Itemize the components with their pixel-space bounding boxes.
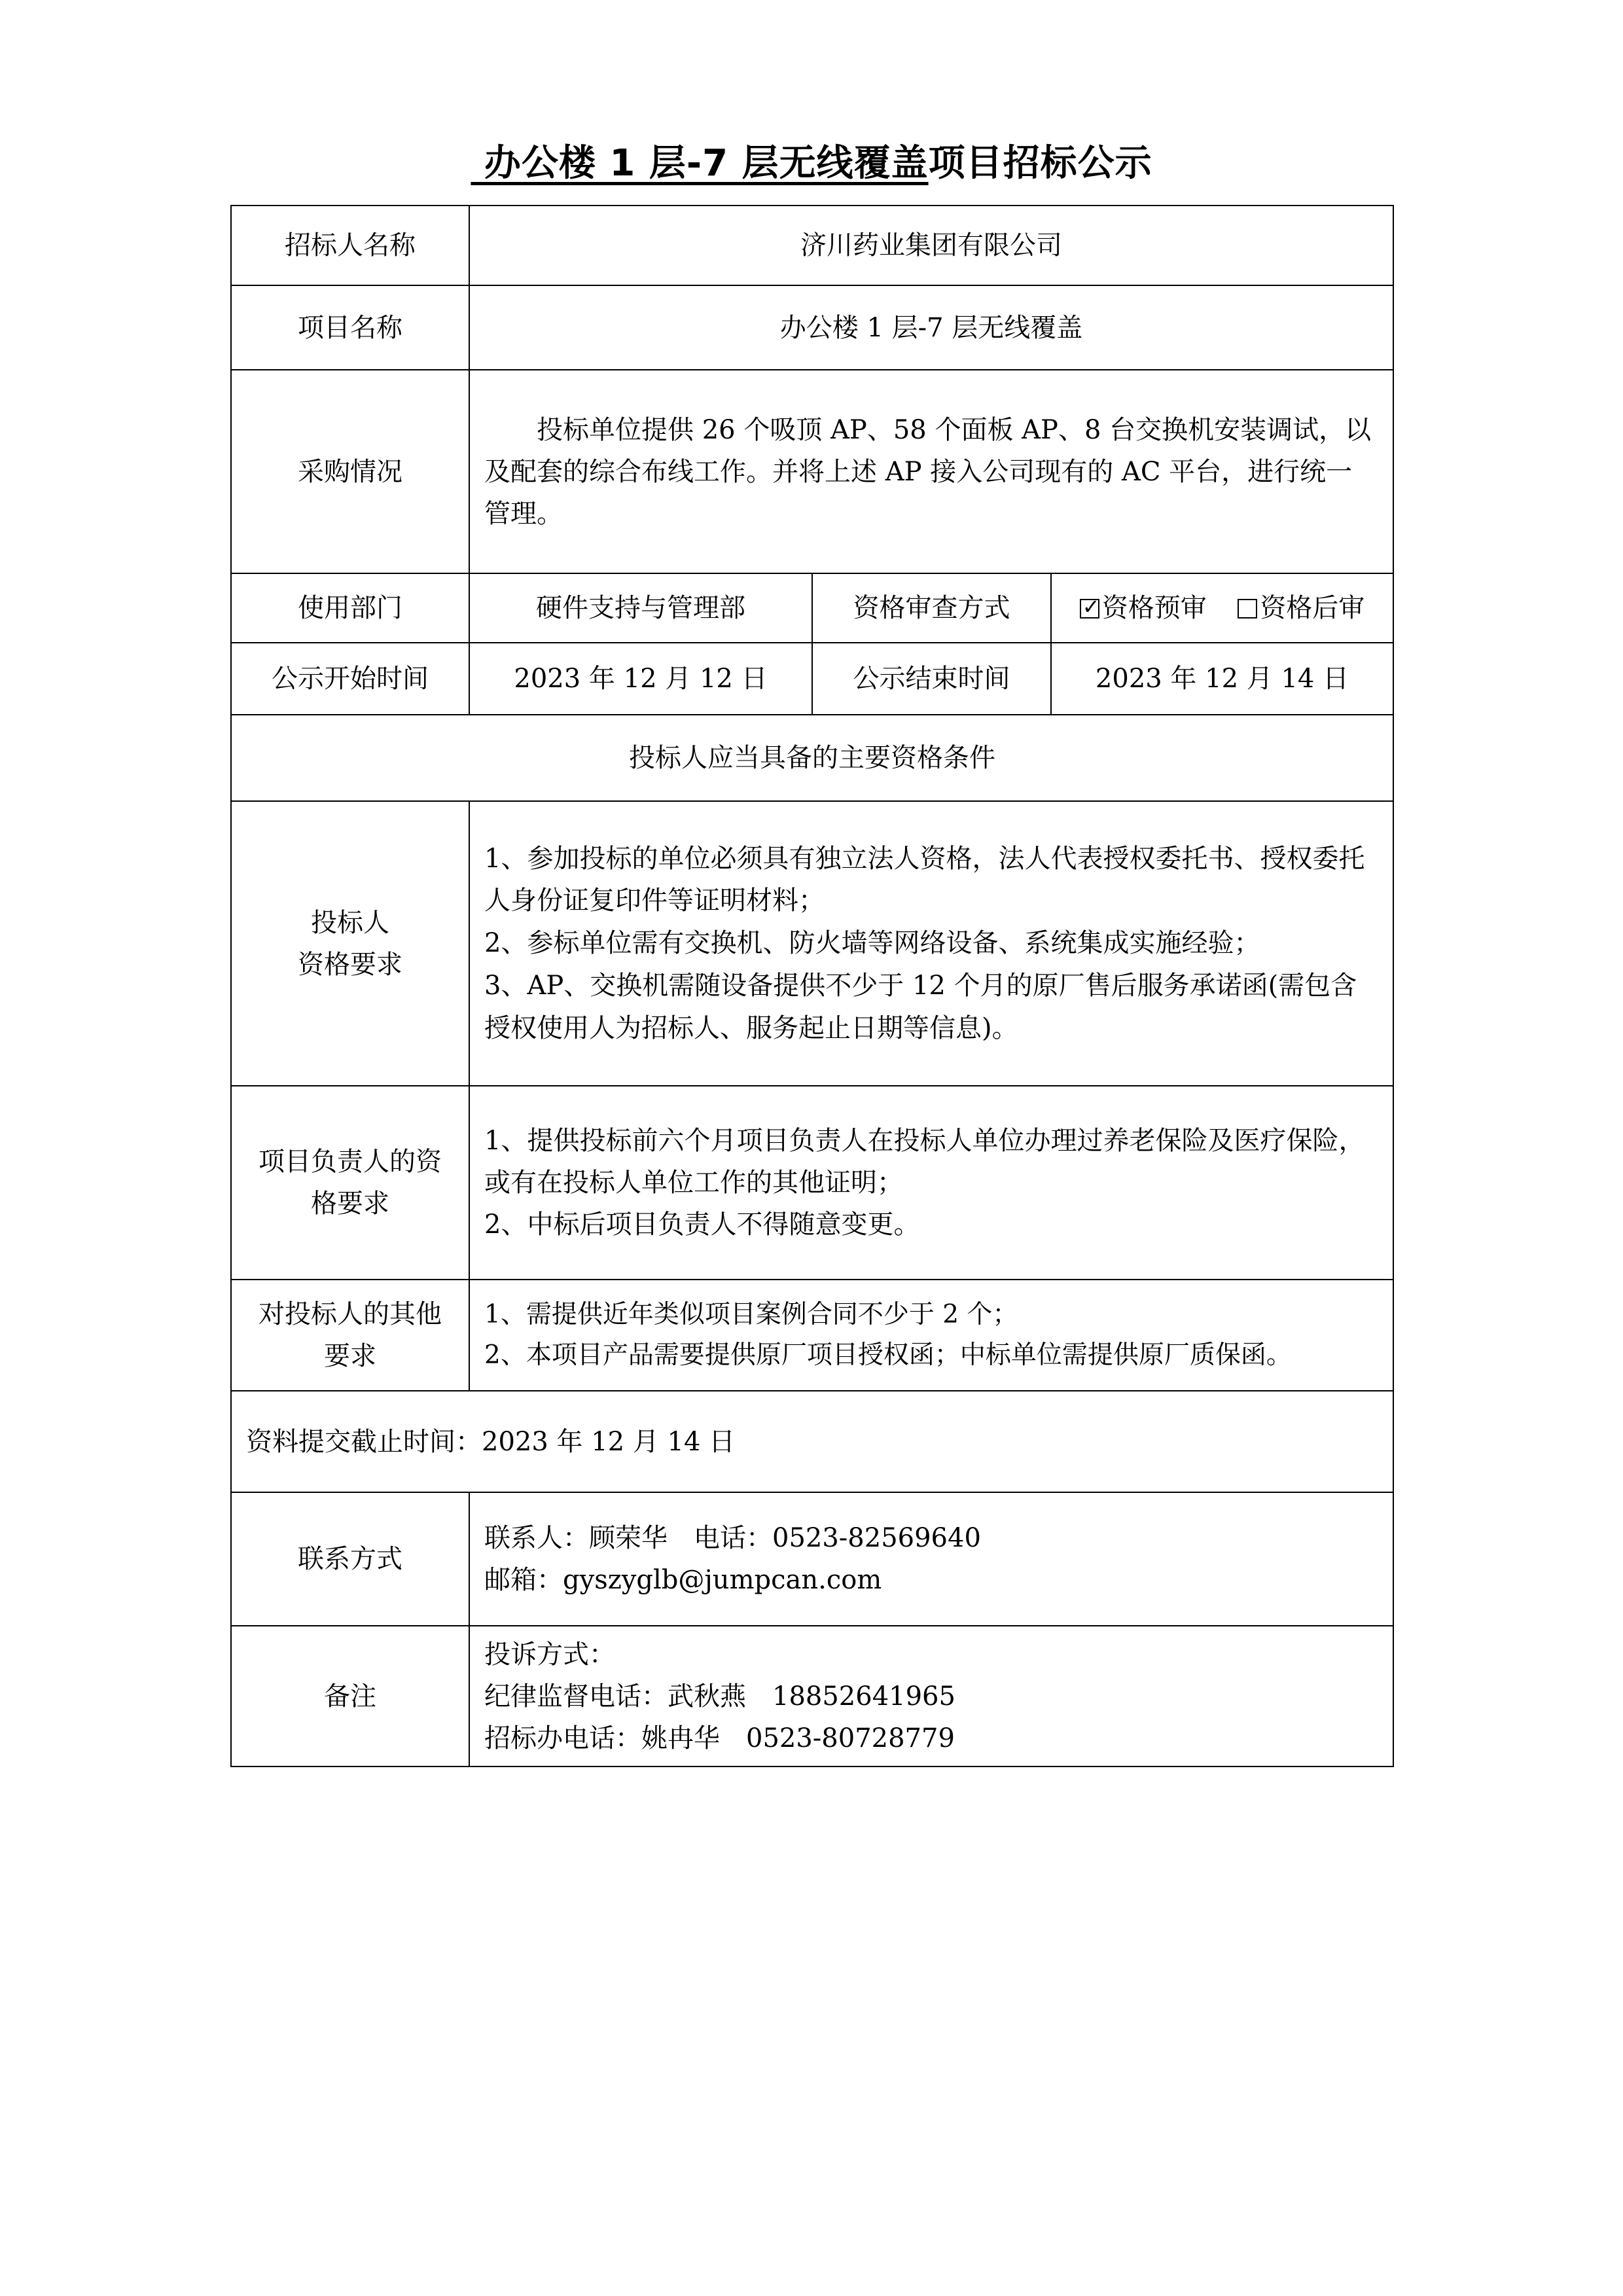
row-dates: 公示开始时间 2023 年 12 月 12 日 公示结束时间 2023 年 12… [231,643,1393,715]
department-value: 硬件支持与管理部 [469,573,812,643]
list-item: 1、参加投标的单位必须具有独立法人资格，法人代表授权委托书、授权委托人身份证复印… [484,838,1378,923]
row-pm-qualification: 项目负责人的资格要求 1、提供投标前六个月项目负责人在投标人单位办理过养老保险及… [231,1086,1393,1280]
bidder-qualification-list: 1、参加投标的单位必须具有独立法人资格，法人代表授权委托书、授权委托人身份证复印… [469,801,1393,1086]
tenderer-name-value: 济川药业集团有限公司 [469,206,1393,285]
other-requirements-label: 对投标人的其他要求 [231,1280,469,1391]
title-rest: 项目招标公示 [929,142,1152,185]
title-underlined-part: 办公楼 1 层-7 层无线覆盖 [471,142,928,185]
postqualification-label: 资格后审 [1260,593,1364,623]
row-deadline: 资料提交截止时间：2023 年 12 月 14 日 [231,1391,1393,1492]
other-requirements-list: 1、需提供近年类似项目案例合同不少于 2 个； 2、本项目产品需要提供原厂项目授… [469,1280,1393,1391]
list-item: 2、参标单位需有交换机、防火墙等网络设备、系统集成实施经验； [484,922,1378,965]
review-method-options: 资格预审 资格后审 [1051,573,1393,643]
pm-qualification-label: 项目负责人的资格要求 [231,1086,469,1280]
contact-person: 联系人：顾荣华 [484,1523,668,1553]
submission-deadline: 资料提交截止时间：2023 年 12 月 14 日 [231,1391,1393,1492]
row-procurement: 采购情况 投标单位提供 26 个吸顶 AP、58 个面板 AP、8 台交换机安装… [231,370,1393,573]
postqualification-checkbox[interactable] [1238,599,1257,619]
remarks-info: 投诉方式： 纪律监督电话：武秋燕 18852641965 招标办电话：姚冉华 0… [469,1626,1393,1767]
contact-phone: 电话：0523-82569640 [694,1523,981,1553]
procurement-label: 采购情况 [231,370,469,573]
complaint-heading: 投诉方式： [484,1634,1378,1676]
tender-notice-table: 招标人名称 济川药业集团有限公司 项目名称 办公楼 1 层-7 层无线覆盖 采购… [230,205,1394,1767]
list-item: 2、中标后项目负责人不得随意变更。 [484,1204,1378,1246]
project-name-label: 项目名称 [231,285,469,370]
row-remarks: 备注 投诉方式： 纪律监督电话：武秋燕 18852641965 招标办电话：姚冉… [231,1626,1393,1767]
list-item: 2、本项目产品需要提供原厂项目授权函；中标单位需提供原厂质保函。 [484,1335,1378,1376]
row-other-requirements: 对投标人的其他要求 1、需提供近年类似项目案例合同不少于 2 个； 2、本项目产… [231,1280,1393,1391]
row-section-header: 投标人应当具备的主要资格条件 [231,715,1393,801]
discipline-phone: 纪律监督电话：武秋燕 18852641965 [484,1676,1378,1717]
end-date-label: 公示结束时间 [812,643,1051,715]
row-project-name: 项目名称 办公楼 1 层-7 层无线覆盖 [231,285,1393,370]
pm-qualification-list: 1、提供投标前六个月项目负责人在投标人单位办理过养老保险及医疗保险，或有在投标人… [469,1086,1393,1280]
row-department: 使用部门 硬件支持与管理部 资格审查方式 资格预审 资格后审 [231,573,1393,643]
start-date-label: 公示开始时间 [231,643,469,715]
procurement-value: 投标单位提供 26 个吸顶 AP、58 个面板 AP、8 台交换机安装调试，以及… [469,370,1393,573]
page-title: 办公楼 1 层-7 层无线覆盖项目招标公示 [0,134,1623,187]
start-date-value: 2023 年 12 月 12 日 [469,643,812,715]
list-item: 1、需提供近年类似项目案例合同不少于 2 个； [484,1295,1378,1335]
prequalification-label: 资格预审 [1102,593,1207,623]
list-item: 1、提供投标前六个月项目负责人在投标人单位办理过养老保险及医疗保险，或有在投标人… [484,1120,1378,1204]
qualification-section-header: 投标人应当具备的主要资格条件 [231,715,1393,801]
remarks-label: 备注 [231,1626,469,1767]
prequalification-checkbox[interactable] [1080,599,1099,619]
review-method-label: 资格审查方式 [812,573,1051,643]
row-bidder-qualification: 投标人 资格要求 1、参加投标的单位必须具有独立法人资格，法人代表授权委托书、授… [231,801,1393,1086]
contact-label: 联系方式 [231,1492,469,1626]
contact-email[interactable]: 邮箱：gyszyglb@jumpcan.com [484,1559,1378,1601]
tenderer-name-label: 招标人名称 [231,206,469,285]
row-contact: 联系方式 联系人：顾荣华电话：0523-82569640 邮箱：gyszyglb… [231,1492,1393,1626]
end-date-value: 2023 年 12 月 14 日 [1051,643,1393,715]
row-tenderer-name: 招标人名称 济川药业集团有限公司 [231,206,1393,285]
bidder-qualification-label: 投标人 资格要求 [231,801,469,1086]
tender-office-phone: 招标办电话：姚冉华 0523-80728779 [484,1717,1378,1759]
department-label: 使用部门 [231,573,469,643]
project-name-value: 办公楼 1 层-7 层无线覆盖 [469,285,1393,370]
contact-info: 联系人：顾荣华电话：0523-82569640 邮箱：gyszyglb@jump… [469,1492,1393,1626]
list-item: 3、AP、交换机需随设备提供不少于 12 个月的原厂售后服务承诺函(需包含授权使… [484,965,1378,1050]
